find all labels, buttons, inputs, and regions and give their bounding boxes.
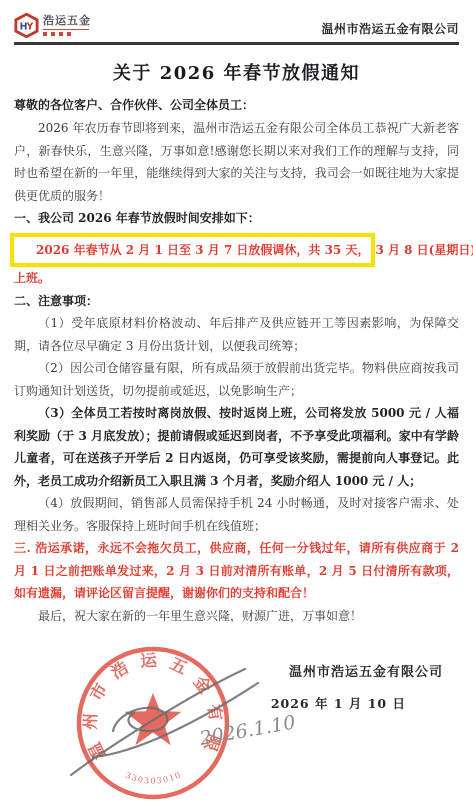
header-divider <box>14 42 459 45</box>
yellow-highlight-box: 2026 年春节从 2 月 1 日至 3 月 7 日放假调休，共 35 天， <box>10 233 375 267</box>
notice-item-3: （3）全体员工若按时离岗放假、按时返岗上班，公司将发放 5000 元 / 人福利… <box>14 402 459 492</box>
holiday-rest-text: 3 月 8 日(星期日)正式 <box>375 243 473 257</box>
salutation: 尊敬的各位客户、合作伙伴、公司全体员工： <box>14 93 459 117</box>
holiday-line-continuation: 上班。 <box>14 267 459 290</box>
document-body: 尊敬的各位客户、合作伙伴、公司全体员工： 2026 年农历春节即将到来，温州市浩… <box>0 93 473 712</box>
page-title: 关于 2026 年春节放假通知 <box>14 61 459 87</box>
logo-name: 浩运五金 <box>43 15 91 27</box>
company-logo: H Y 浩运五金 <box>14 13 91 38</box>
signature-company: 温州市浩运五金有限公司 <box>14 665 443 681</box>
logo-subtext-marks <box>43 29 89 36</box>
notice-item-4: （4）放假期间，销售部人员需保持手机 24 小时畅通，及时对接客户需求、处理相关… <box>14 492 459 537</box>
hexagon-logo-icon: H Y <box>14 13 39 38</box>
handwritten-date: 2026.1.10 <box>197 711 297 750</box>
document-header: H Y 浩运五金 温州市浩运五金有限公司 <box>0 0 473 45</box>
notice-item-1: （1）受年底原材料价格波动、年后排产及供应链开工等因素影响，为保障交期，请各位尽… <box>14 312 459 357</box>
header-company-name: 温州市浩运五金有限公司 <box>321 20 459 38</box>
notice-item-2: （2）因公司仓储容量有限，所有成品须于放假前出货完毕。物料供应商按我司订购通知计… <box>14 357 459 402</box>
notice-document: H Y 浩运五金 温州市浩运五金有限公司 关于 2026 年春节放假通知 尊敬的… <box>0 0 473 807</box>
signature-block: 温州市浩运五金有限公司 2026 年 1 月 10 日 <box>14 665 459 712</box>
closing-line: 最后，祝大家在新的一年里生意兴隆，财源广进，万事如意！ <box>14 605 459 628</box>
section2-heading: 二、注意事项： <box>14 290 459 313</box>
section3-promise: 三. 浩运承诺，永远不会拖欠员工，供应商，任何一分钱过年，请所有供应商于 2 月… <box>14 537 459 605</box>
signature-date: 2026 年 1 月 10 日 <box>14 696 443 712</box>
logo-letter-y: Y <box>26 21 34 32</box>
holiday-highlight-line: 2026 年春节从 2 月 1 日至 3 月 7 日放假调休，共 35 天，3 … <box>14 233 459 267</box>
intro-paragraph: 2026 年农历春节即将到来，温州市浩运五金有限公司全体员工恭祝广大新老客户，新… <box>14 117 459 207</box>
section1-heading: 一、我公司 2026 年春节放假时间安排如下： <box>14 207 459 230</box>
